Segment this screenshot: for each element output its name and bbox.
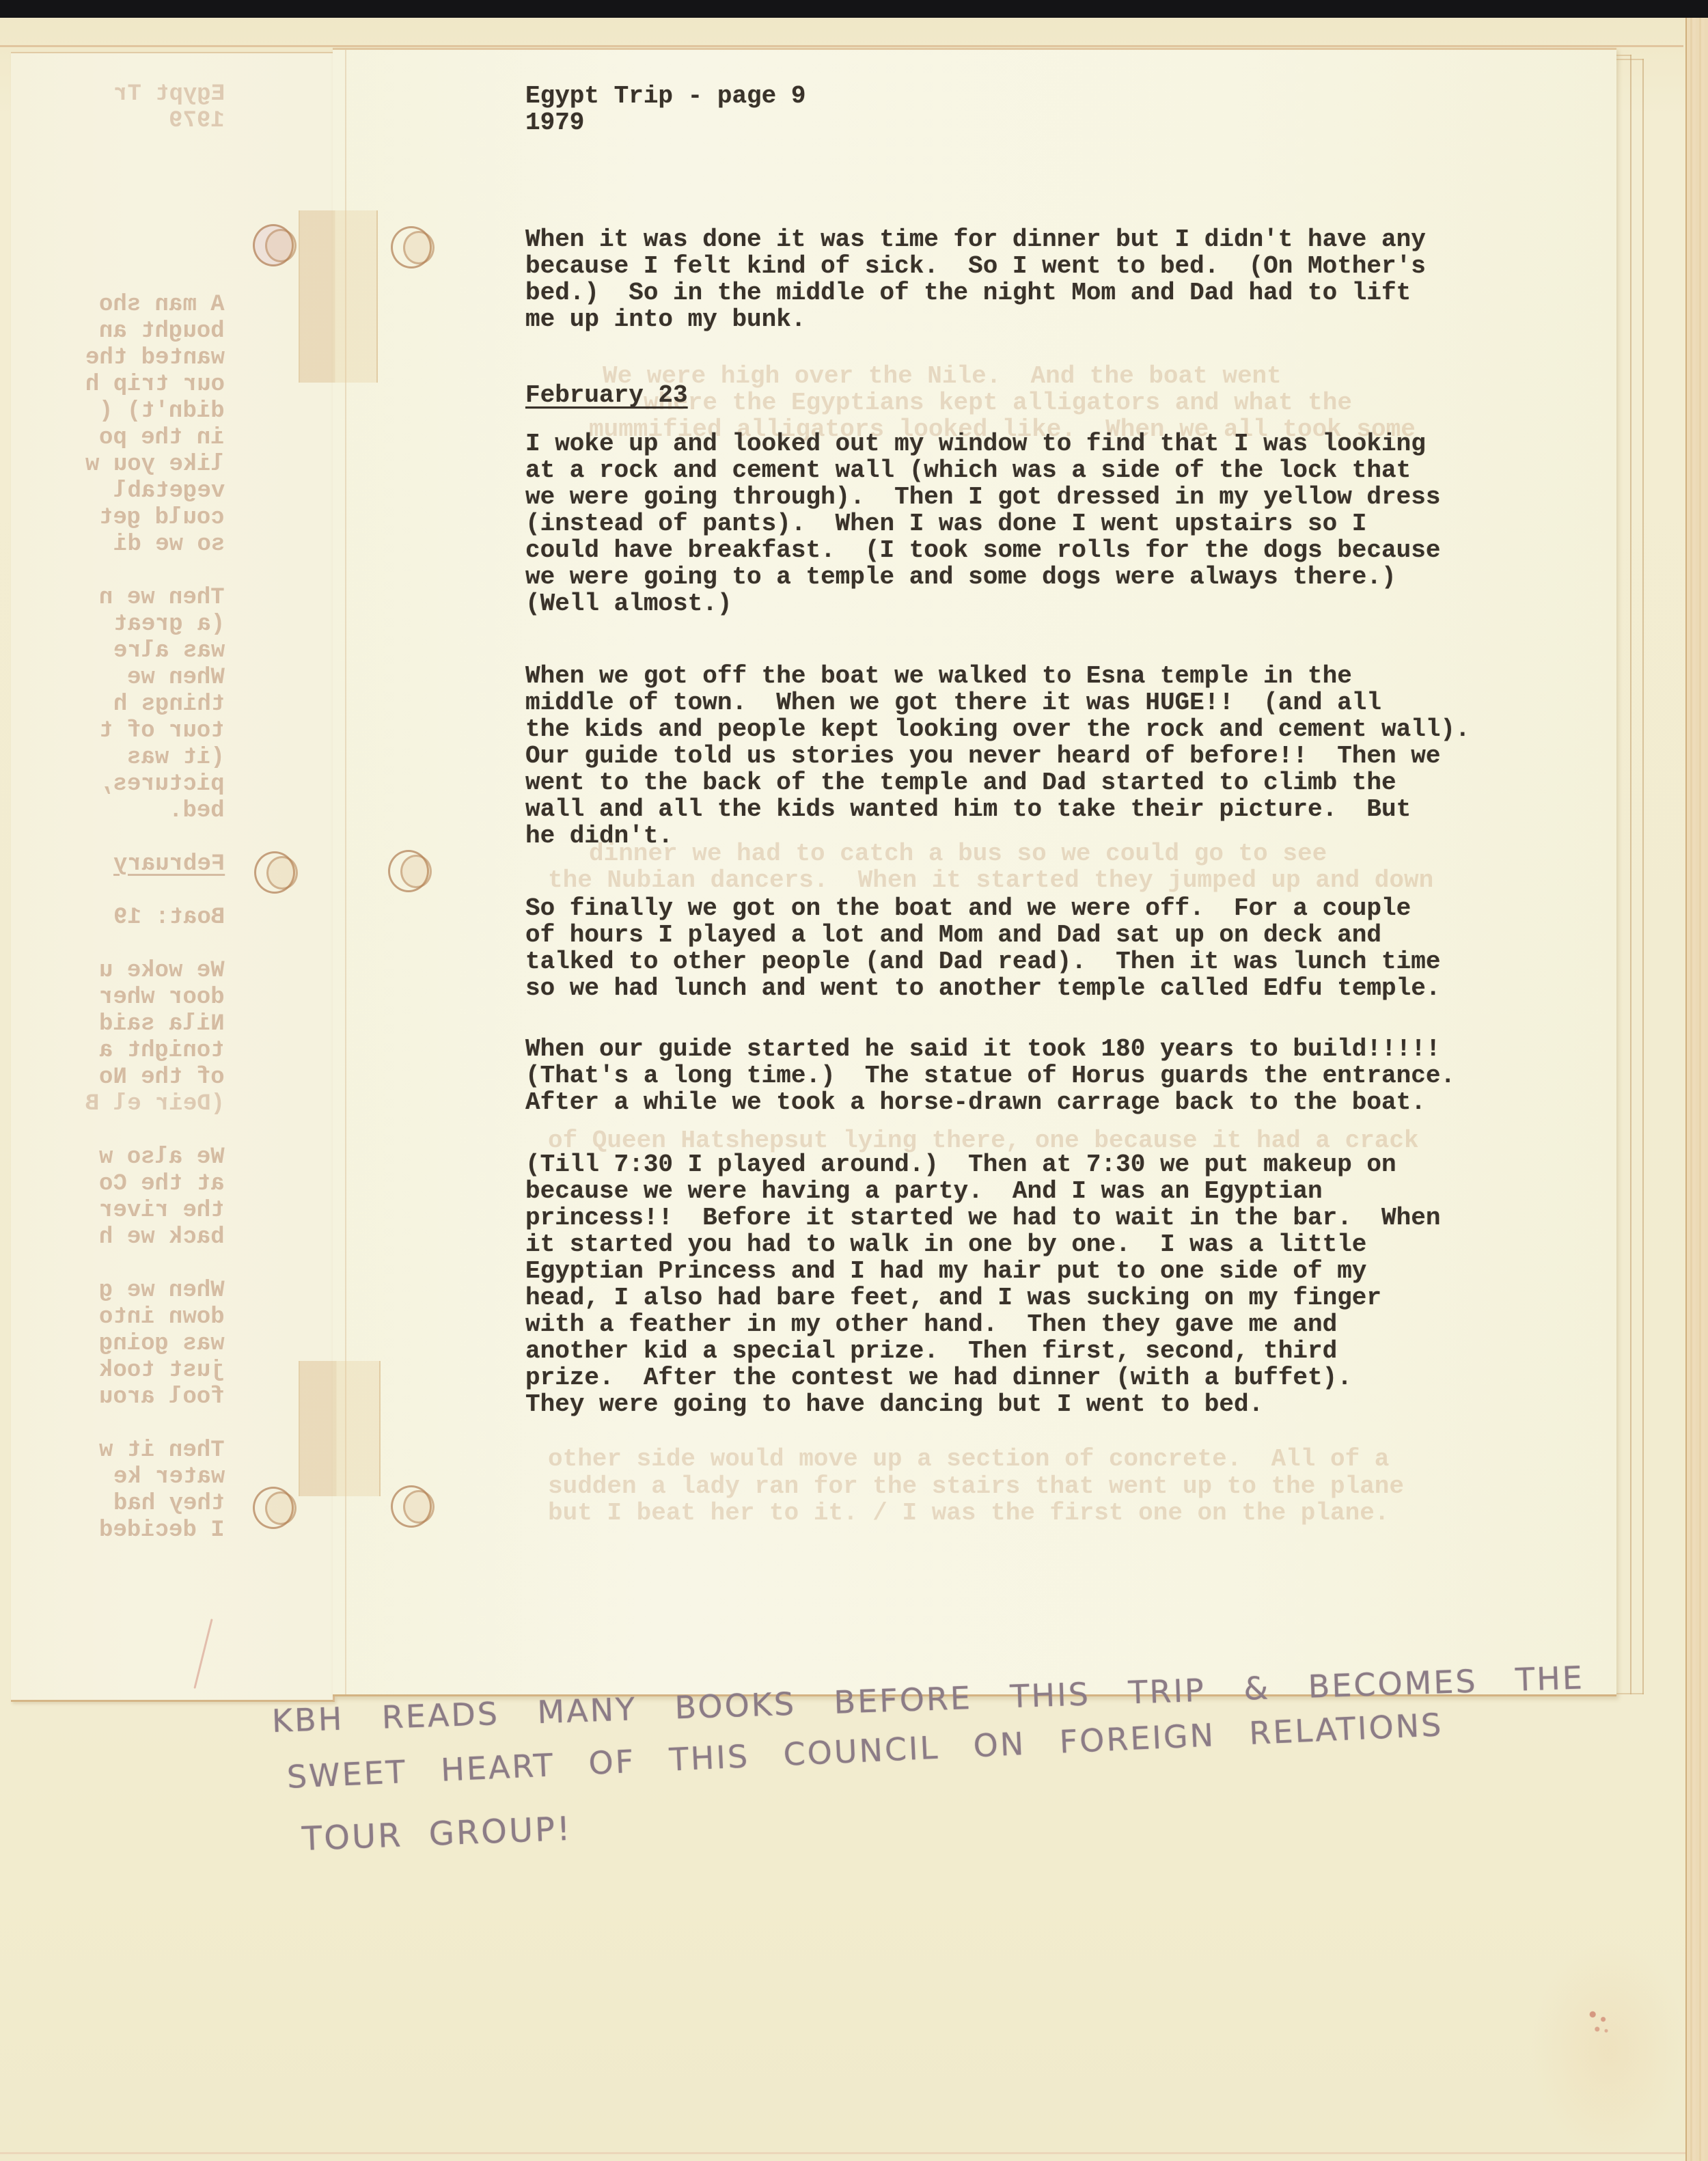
scanned-scrapbook-page: { "document": { "title_block": "Egypt Tr… — [0, 0, 1708, 2161]
page-top-edge — [0, 45, 1683, 47]
mirrored-fragment: back we h — [99, 1225, 225, 1250]
paragraph: When we got off the boat we walked to Es… — [525, 663, 1470, 849]
mirrored-fragment: Egypt Tr — [113, 82, 225, 107]
paragraph: I woke up and looked out my window to fi… — [525, 430, 1440, 617]
mirrored-fragment: tonight a — [99, 1038, 225, 1063]
stacked-page-top-edge — [1616, 55, 1631, 56]
mirrored-fragment: in the po — [99, 426, 225, 450]
mirrored-fragment: We woke u — [99, 959, 225, 983]
punch-hole-ring — [253, 1487, 294, 1529]
mirrored-fragment: could get — [99, 506, 225, 530]
ghost-text-line: the Nubian dancers. When it started they… — [548, 867, 1433, 894]
mirrored-fragment: was alre — [113, 639, 225, 663]
punch-hole-ring — [253, 224, 294, 266]
paragraph: So finally we got on the boat and we wer… — [525, 895, 1440, 1002]
mirrored-fragment: like you w — [85, 452, 225, 477]
mirrored-fragment: wanted the — [85, 346, 225, 370]
mirrored-fragment: We also w — [99, 1145, 225, 1170]
page-title: Egypt Trip - page 9 1979 — [525, 83, 805, 136]
mirrored-fragment: vegetabl — [113, 479, 225, 504]
ghost-text-line: where the Egyptians kept alligators and … — [644, 389, 1352, 416]
paragraph: When our guide started he said it took 1… — [525, 1036, 1455, 1116]
red-speckle-stain — [1584, 2005, 1614, 2037]
mirrored-fragment: pictures, — [99, 772, 225, 797]
mirrored-fragment: bought an — [99, 319, 225, 344]
mirrored-fragment: water ke — [113, 1465, 225, 1489]
mirrored-fragment: A man sho — [99, 292, 225, 317]
mirrored-fragment: I decided — [99, 1518, 225, 1543]
stacked-page-edge — [1630, 55, 1631, 1694]
mirrored-fragment: Boat: 19 — [113, 905, 225, 930]
mirrored-fragment: (it was — [127, 745, 225, 770]
date-heading: February 23 — [525, 382, 688, 409]
mirrored-fragment: tour of t — [99, 719, 225, 743]
paragraph: When it was done it was time for dinner … — [525, 226, 1426, 333]
mirrored-fragment: (a great — [113, 612, 225, 637]
paragraph: (Till 7:30 I played around.) Then at 7:3… — [525, 1151, 1440, 1418]
mirrored-fragment: of the No — [99, 1065, 225, 1090]
ghost-text-line: sudden a lady ran for the stairs that we… — [548, 1473, 1404, 1500]
ghost-text-line: We were high over the Nile. And the boat… — [603, 363, 1282, 389]
typed-diary-page: We were high over the Nile. And the boat… — [333, 48, 1616, 1696]
mirrored-fragment: bed. — [169, 799, 225, 823]
ghost-text-line: but I beat her to it. / I was the first … — [548, 1500, 1389, 1526]
mirrored-fragment: at the Co — [99, 1172, 225, 1196]
scrapbook-gutter-strip — [1685, 18, 1708, 2161]
mirrored-fragment: Then it w — [99, 1438, 225, 1463]
mirrored-fragment: fool arou — [99, 1385, 225, 1409]
mirrored-fragment: things h — [113, 692, 225, 717]
warm-stain-blotch — [1530, 1940, 1688, 2159]
punch-hole-ring — [388, 850, 429, 892]
mirrored-fragment: When we g — [99, 1278, 225, 1303]
tape-strip — [299, 210, 378, 383]
mirrored-fragment: down into — [99, 1305, 225, 1330]
mirrored-fragment: the river — [99, 1198, 225, 1223]
mirrored-fragment: so we di — [113, 532, 225, 557]
mirrored-fragment-underlined: February — [113, 852, 225, 877]
punch-hole-ring — [391, 226, 432, 269]
mirrored-fragment: When we — [127, 665, 225, 690]
mirrored-fragment: Nila said — [99, 1012, 225, 1036]
scanner-edge-bar — [0, 0, 1708, 18]
mirrored-fragment: Then we n — [99, 586, 225, 610]
punch-hole-ring — [391, 1485, 432, 1528]
mirrored-fragment: didn't) ( — [99, 399, 225, 424]
punch-hole-ring — [254, 851, 295, 894]
mirrored-fragment: our trip h — [85, 372, 225, 397]
tape-strip — [299, 1361, 381, 1496]
mirrored-fragment: 1979 — [169, 109, 225, 133]
left-underlying-sheet: Egypt Tr 1979 A man sho bought an wanted… — [11, 52, 335, 1702]
mirrored-fragment: door wher — [99, 985, 225, 1010]
mirrored-fragment: just took — [99, 1358, 225, 1383]
mirrored-fragment: they had — [113, 1491, 225, 1516]
mirrored-fragment: (Deir el B — [85, 1092, 225, 1116]
stacked-page-bottom-edge — [1616, 1693, 1644, 1694]
stacked-page-edge — [1642, 59, 1644, 1694]
stacked-page-top-edge — [1616, 59, 1644, 60]
ghost-text-line: other side would move up a section of co… — [548, 1446, 1389, 1472]
handwritten-annotation-line3: TOUR GROUP! — [301, 1810, 573, 1858]
mirrored-fragment: was going — [99, 1332, 225, 1356]
bottom-scan-line — [0, 2152, 1685, 2154]
